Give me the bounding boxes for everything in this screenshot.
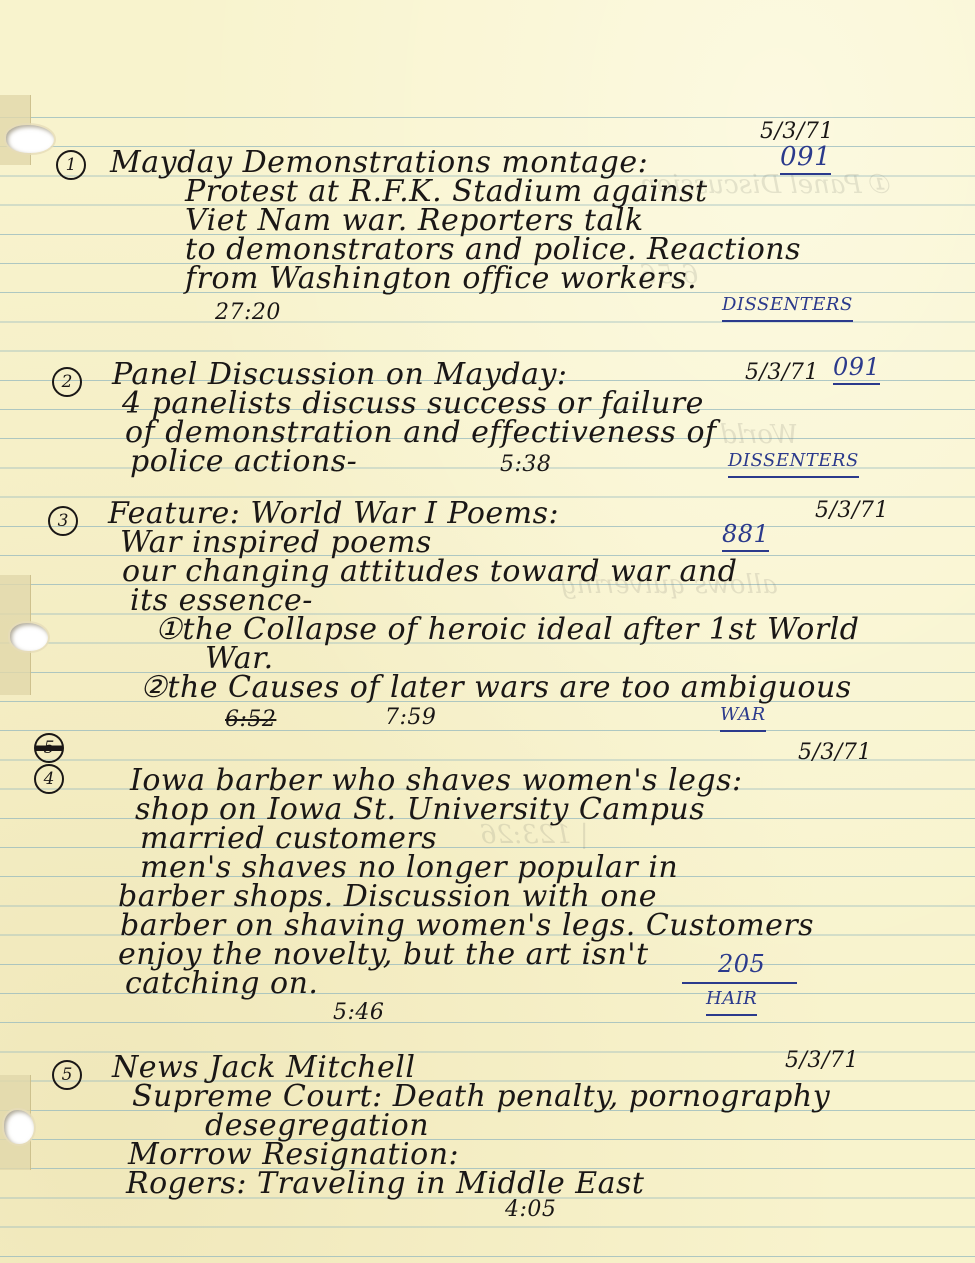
entry-date: 5/3/71	[815, 496, 889, 525]
punch-hole	[10, 623, 48, 651]
entry-line: Iowa barber who shaves women's legs:	[130, 766, 743, 795]
tape-number: 205	[718, 950, 765, 979]
entry-line: Mayday Demonstrations montage:	[110, 148, 648, 177]
category-tag: DISSENTERS	[728, 446, 859, 478]
entry-duration: 7:59	[385, 703, 436, 732]
entry-date: 5/3/71	[745, 358, 819, 387]
entry-line: War inspired poems	[120, 528, 432, 557]
entry-line: its essence-	[130, 586, 313, 615]
notebook-page: ① Panel Discussion 6:56 World allows qui…	[0, 0, 975, 1263]
entry-number-badge: 2	[52, 367, 82, 397]
entry-line: Protest at R.F.K. Stadium against	[185, 177, 708, 206]
punch-hole	[4, 1110, 34, 1144]
entry-line: men's shaves no longer popular in	[140, 853, 678, 882]
entry-line: Morrow Resignation:	[128, 1140, 459, 1169]
entry-sub-point: ②the Causes of later wars are too ambigu…	[140, 673, 852, 702]
entry-date: 5/3/71	[785, 1046, 859, 1075]
entry-line: Panel Discussion on Mayday:	[112, 360, 568, 389]
entry-duration: 27:20	[215, 298, 281, 327]
entry-line: News Jack Mitchell	[112, 1053, 415, 1082]
entry-line: Supreme Court: Death penalty, pornograph…	[132, 1082, 830, 1111]
entry-sub-point: ①the Collapse of heroic ideal after 1st …	[155, 615, 859, 644]
entry-line: from Washington office workers.	[185, 264, 697, 293]
entry-line: Rogers: Traveling in Middle East	[126, 1169, 644, 1198]
entry-duration: 4:05	[505, 1195, 556, 1224]
tape-number: 881	[722, 520, 769, 552]
entry-duration: 5:46	[333, 998, 384, 1027]
entry-line: Feature: World War I Poems:	[108, 499, 559, 528]
category-tag: HAIR	[706, 984, 757, 1016]
entry-number-badge: 5	[52, 1060, 82, 1090]
entry-number-badge: 1	[56, 150, 86, 180]
entry-line: barber on shaving women's legs. Customer…	[120, 911, 814, 940]
entry-duration: 5:38	[500, 450, 551, 479]
tape-number: 091	[833, 353, 880, 385]
struck-duration: 6:52	[225, 705, 276, 734]
entry-line: of demonstration and effectiveness of	[125, 418, 717, 447]
entry-number-badge: 4	[34, 764, 64, 794]
entry-line: enjoy the novelty, but the art isn't	[118, 940, 649, 969]
struck-entry-number-badge: 5	[34, 733, 64, 763]
tape-number: 091	[780, 143, 831, 175]
entry-line: catching on.	[125, 969, 318, 998]
entry-line: to demonstrators and police. Reactions	[185, 235, 801, 264]
entry-line: barber shops. Discussion with one	[118, 882, 657, 911]
entry-line: police actions-	[130, 447, 357, 476]
punch-hole	[6, 125, 54, 153]
category-tag: DISSENTERS	[722, 290, 853, 322]
entry-line: Viet Nam war. Reporters talk	[185, 206, 644, 235]
entry-line: 4 panelists discuss success or failure	[122, 389, 704, 418]
entry-date: 5/3/71	[798, 738, 872, 767]
entry-number-badge: 3	[48, 506, 78, 536]
entry-line: our changing attitudes toward war and	[122, 557, 737, 586]
entry-line: desegregation	[205, 1111, 429, 1140]
entry-line: War.	[205, 644, 274, 673]
entry-line: shop on Iowa St. University Campus	[135, 795, 705, 824]
category-tag: WAR	[720, 700, 766, 732]
entry-line: married customers	[140, 824, 437, 853]
